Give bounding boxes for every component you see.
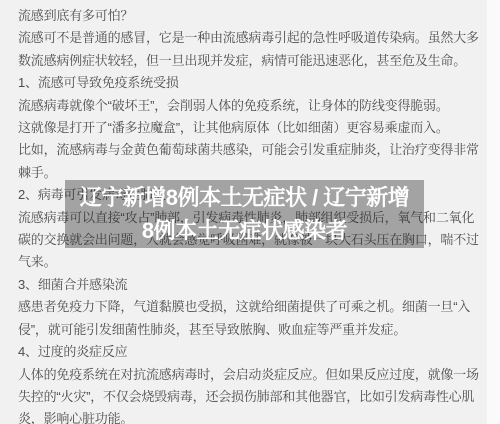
article-line: 1、流感可导致免疫系统受损 xyxy=(18,72,480,94)
article-page: 流感到底有多可怕？流感可不是普通的感冒，它是一种由流感病毒引起的急性呼吸道传染病… xyxy=(0,0,500,424)
article-line: 比如，流感病毒与金黄色葡萄球菌共感染，可能会引发重症肺炎，让治疗变得非常 xyxy=(18,139,480,161)
article-line: 人体的免疫系统在对抗流感病毒时，会启动炎症反应。但如果反应过度，就像一场 xyxy=(18,364,480,386)
article-line: 这就像是打开了“潘多拉魔盒”，让其他病原体（比如细菌）更容易乘虚而入。 xyxy=(18,117,480,139)
article-line: 炎，影响心脏功能。 xyxy=(18,408,480,424)
article-line: 流感病毒就像个“破坏王”，会削弱人体的免疫系统，让身体的防线变得脆弱。 xyxy=(18,95,480,117)
watermark-title-line2: 8例本土无症状感染者 xyxy=(142,214,347,247)
article-line: 气来。 xyxy=(18,251,480,273)
watermark-title-line1: 辽宁新增8例本土无症状 / 辽宁新增 xyxy=(80,181,410,214)
article-line: 3、细菌合并感染流 xyxy=(18,274,480,296)
article-line: 流感到底有多可怕？ xyxy=(18,5,480,27)
watermark-overlay: 辽宁新增8例本土无症状 / 辽宁新增 8例本土无症状感染者 xyxy=(65,180,424,248)
article-line: 失控的“火灾”，不仅会烧毁病毒，还会损伤肺部和其他器官，比如引发病毒性心肌 xyxy=(18,386,480,408)
article-line: 侵”，就可能引发细菌性肺炎，甚至导致脓胸、败血症等严重并发症。 xyxy=(18,319,480,341)
article-line: 流感可不是普通的感冒，它是一种由流感病毒引起的急性呼吸道传染病。虽然大多 xyxy=(18,27,480,49)
article-line: 4、过度的炎症反应 xyxy=(18,341,480,363)
article-line: 感患者免疫力下降，气道黏膜也受损，这就给细菌提供了可乘之机。细菌一旦“入 xyxy=(18,296,480,318)
scrollbar-track xyxy=(487,0,500,424)
article-line: 数流感病例症状较轻，但一旦出现并发症，病情可能迅速恶化，甚至危及生命。 xyxy=(18,50,480,72)
